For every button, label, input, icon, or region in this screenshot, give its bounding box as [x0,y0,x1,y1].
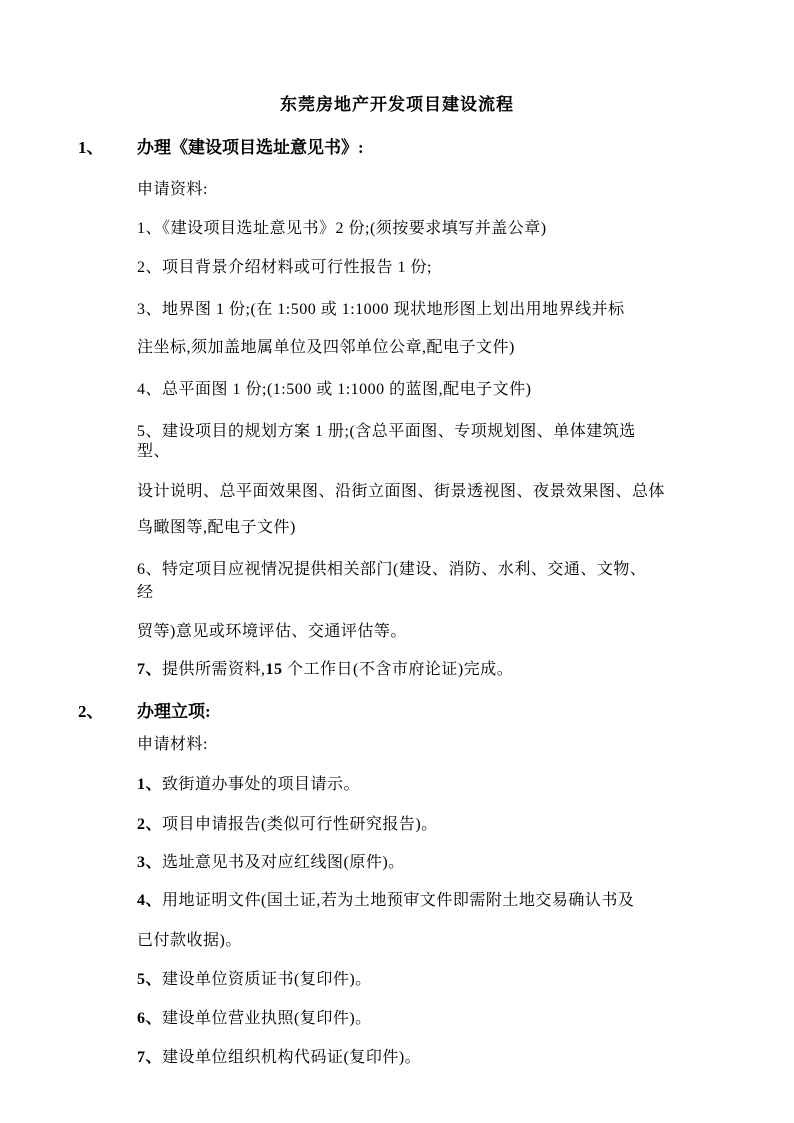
list-item: 1、致街道办事处的项目请示。 [137,774,734,796]
list-item-number: 5、 [137,971,162,988]
list-item-number: 4、 [137,381,162,398]
list-item-text: 特定项目应视情况提供相关部门(建设、消防、水利、交通、文物、 [162,561,646,578]
section-2-subheading: 申请材料: [137,734,734,756]
list-item-continuation: 贸等)意见或环境评估、交通评估等。 [137,621,734,643]
list-item-number: 6、 [137,1010,162,1027]
list-item: 2、项目背景介绍材料或可行性报告 1 份; [137,257,734,279]
list-item-text: 项目申请报告(类似可行性研究报告)。 [162,816,438,833]
section-1-heading-text: 办理《建设项目选址意见书》: [137,138,364,157]
list-item-number: 2、 [137,816,162,833]
list-item-text: 建设单位营业执照(复印件)。 [162,1010,372,1027]
list-item-number: 1、 [137,776,162,793]
list-item: 4、总平面图 1 份;(1:500 或 1:1000 的蓝图,配电子文件) [137,379,734,401]
list-item: 4、用地证明文件(国土证,若为土地预审文件即需附土地交易确认书及 [137,890,734,912]
list-item-number: 4、 [137,892,162,909]
list-item: 3、地界图 1 份;(在 1:500 或 1:1000 现状地形图上划出用地界线… [137,299,734,321]
list-item-continuation: 已付款收据)。 [137,930,734,952]
list-item-text: 用地证明文件(国土证,若为土地预审文件即需附土地交易确认书及 [162,892,634,909]
workdays-count: 15 [266,661,283,678]
list-item-number: 2、 [137,259,162,276]
list-item: 3、选址意见书及对应红线图(原件)。 [137,852,734,874]
list-item-text: 个工作日(不含市府论证)完成。 [283,661,514,678]
document-title: 东莞房地产开发项目建设流程 [0,93,794,117]
list-item: 6、建设单位营业执照(复印件)。 [137,1008,734,1030]
list-item-text: 提供所需资料, [162,661,266,678]
list-item-number: 7、 [137,1049,162,1066]
list-item: 2、项目申请报告(类似可行性研究报告)。 [137,814,734,836]
list-item-continuation: 经 [137,582,734,604]
section-1-heading: 1、办理《建设项目选址意见书》: [78,136,794,160]
list-item: 6、特定项目应视情况提供相关部门(建设、消防、水利、交通、文物、 [137,559,734,581]
list-item: 1、《建设项目选址意见书》2 份;(须按要求填写并盖公章) [137,218,734,240]
list-item: 7、建设单位组织机构代码证(复印件)。 [137,1047,734,1069]
section-2-number: 2、 [78,700,137,724]
list-item-number: 5、 [137,423,162,440]
list-item-continuation: 鸟瞰图等,配电子文件) [137,517,734,539]
list-item-text: 地界图 1 份;(在 1:500 或 1:1000 现状地形图上划出用地界线并标 [162,301,625,318]
list-item-text: 建设单位组织机构代码证(复印件)。 [162,1049,421,1066]
list-item-continuation: 型、 [137,441,734,463]
list-item-text: 《建设项目选址意见书》2 份;(须按要求填写并盖公章) [162,220,547,237]
list-item-text: 选址意见书及对应红线图(原件)。 [162,854,405,871]
list-item-number: 3、 [137,854,162,871]
document-page: 东莞房地产开发项目建设流程 1、办理《建设项目选址意见书》: 申请资料: 1、《… [0,0,794,1123]
list-item-text: 项目背景介绍材料或可行性报告 1 份; [162,259,432,276]
list-item-number: 6、 [137,561,162,578]
list-item-text: 总平面图 1 份;(1:500 或 1:1000 的蓝图,配电子文件) [162,381,532,398]
list-item-number: 3、 [137,301,162,318]
section-2-heading-text: 办理立项: [137,702,211,721]
list-item-number: 1、 [137,220,162,237]
section-1-number: 1、 [78,136,137,160]
list-item-continuation: 注坐标,须加盖地属单位及四邻单位公章,配电子文件) [137,337,734,359]
list-item-text: 建设单位资质证书(复印件)。 [162,971,372,988]
list-item: 5、建设单位资质证书(复印件)。 [137,969,734,991]
section-1-subheading: 申请资料: [137,179,734,201]
list-item: 5、建设项目的规划方案 1 册;(含总平面图、专项规划图、单体建筑选 [137,421,734,443]
list-item: 7、提供所需资料,15 个工作日(不含市府论证)完成。 [137,659,734,681]
list-item-continuation: 设计说明、总平面效果图、沿街立面图、街景透视图、夜景效果图、总体 [137,481,734,503]
list-item-text: 致街道办事处的项目请示。 [162,776,360,793]
section-2-heading: 2、办理立项: [78,700,794,724]
list-item-text: 建设项目的规划方案 1 册;(含总平面图、专项规划图、单体建筑选 [162,423,636,440]
list-item-number: 7、 [137,661,162,678]
